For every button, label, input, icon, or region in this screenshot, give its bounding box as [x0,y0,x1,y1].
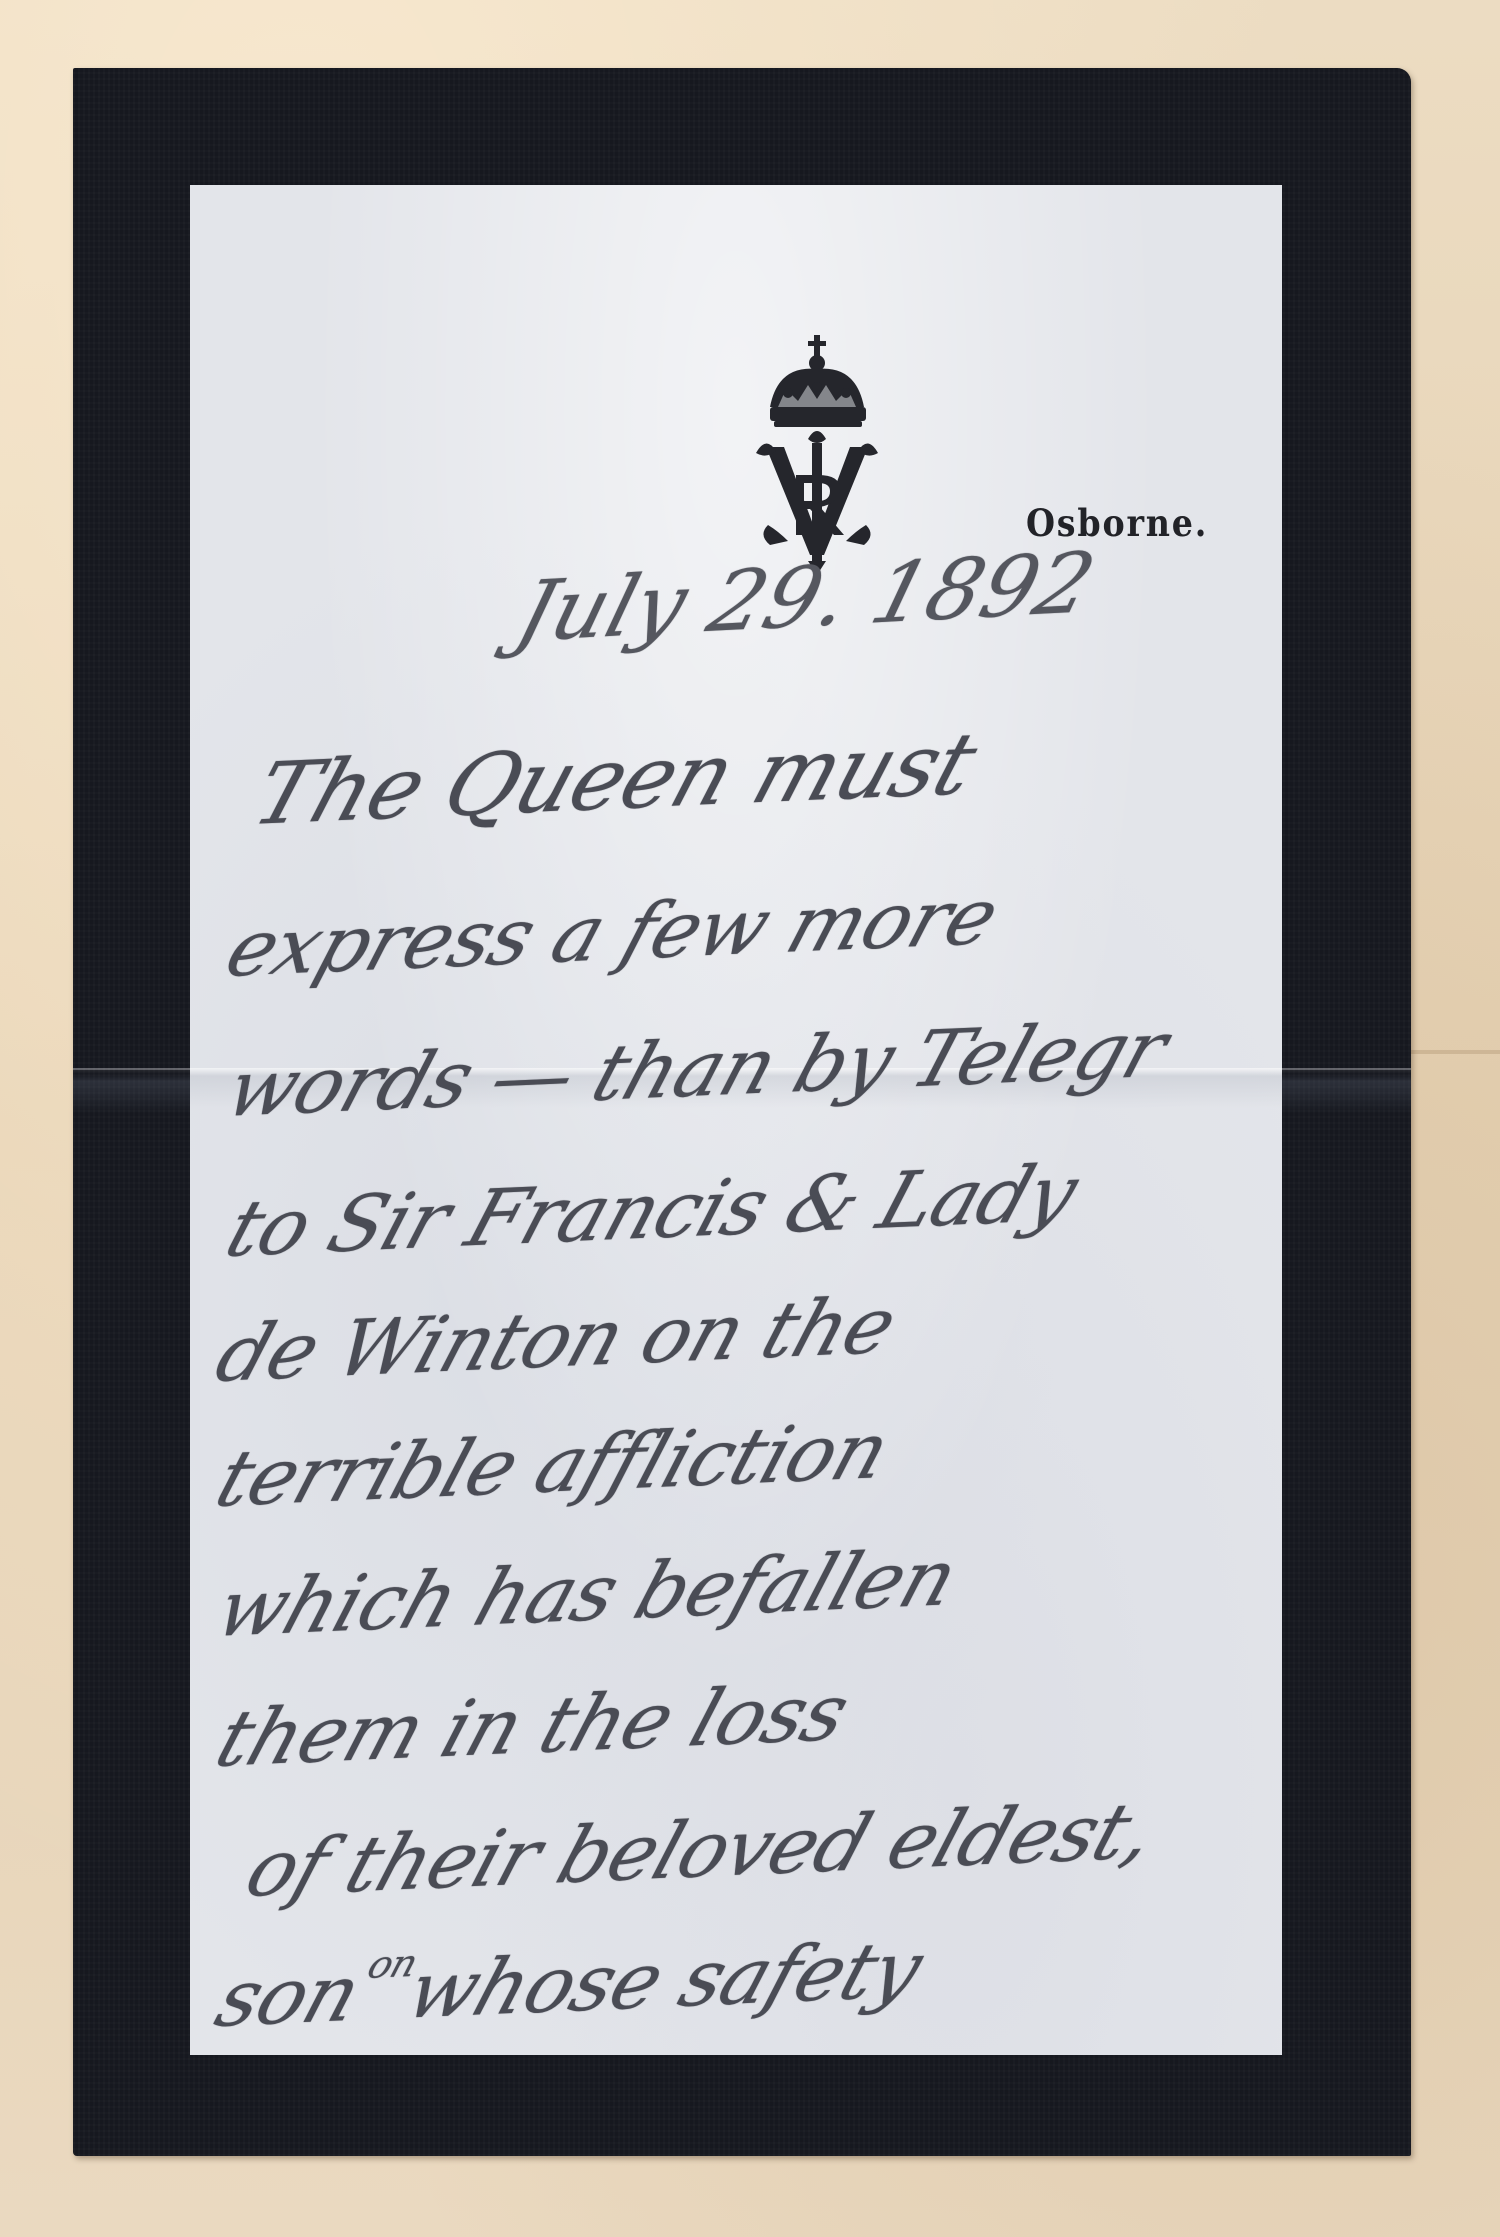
royal-crest-icon [748,335,888,575]
mount-crease [1410,1050,1500,1054]
line-10-end: whose safety [396,1925,932,2037]
crown-monogram-icon [748,335,888,575]
line-10-start: son [206,1949,371,2045]
letter-paper: Osborne. July 29. 1892 The Queen must ex… [190,185,1282,2055]
letter-line-1: The Queen must [242,714,988,845]
mourning-border-sheet: Osborne. July 29. 1892 The Queen must ex… [73,68,1411,2156]
letter-line-8: them in the loss [206,1668,859,1785]
letter-line-3: words — than by Telegr [216,1005,1177,1135]
letter-line-10: sononwhose safety [206,1925,933,2045]
letter-line-9: of their beloved eldest, [236,1786,1166,1915]
letter-line-6: terrible affliction [206,1406,900,1524]
letter-line-4: to Sir Francis & Lady [216,1149,1088,1275]
letter-line-5: de Winton on the [206,1281,907,1400]
letter-line-7: which has befallen [206,1534,968,1655]
letter-date: July 29. 1892 [507,534,1105,661]
letter-line-2: express a few more [216,872,1009,995]
